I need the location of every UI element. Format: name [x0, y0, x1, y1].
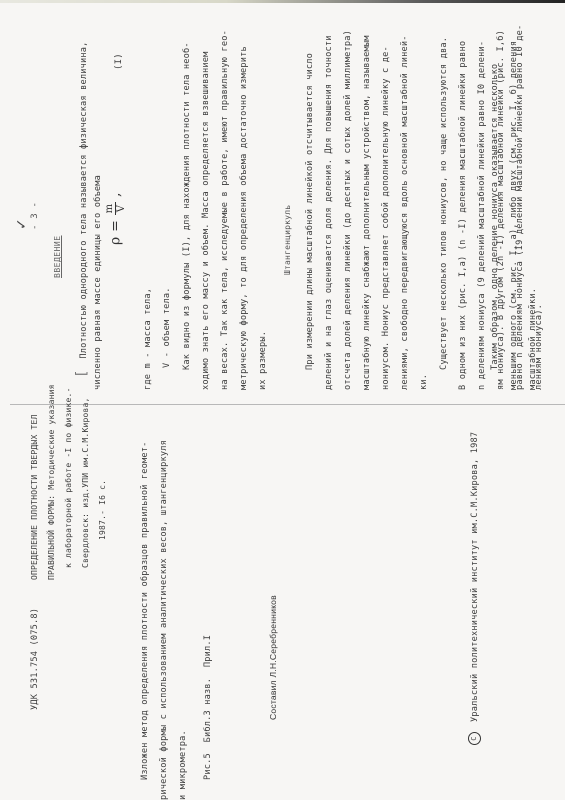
rotated-page-tail: Таким образом, одно деление нониуса оказ…	[0, 0, 565, 800]
conclusion-paragraph-line: меньшим одного (см. рис. I, а), либо дву…	[509, 41, 519, 390]
conclusion-paragraph-line: масштабной линейки.	[528, 288, 538, 390]
page-3-conclusion: Таким образом, одно деление нониуса оказ…	[19, 0, 565, 390]
conclusion-paragraph-line: Таким образом, одно деление нониуса оказ…	[490, 64, 500, 370]
